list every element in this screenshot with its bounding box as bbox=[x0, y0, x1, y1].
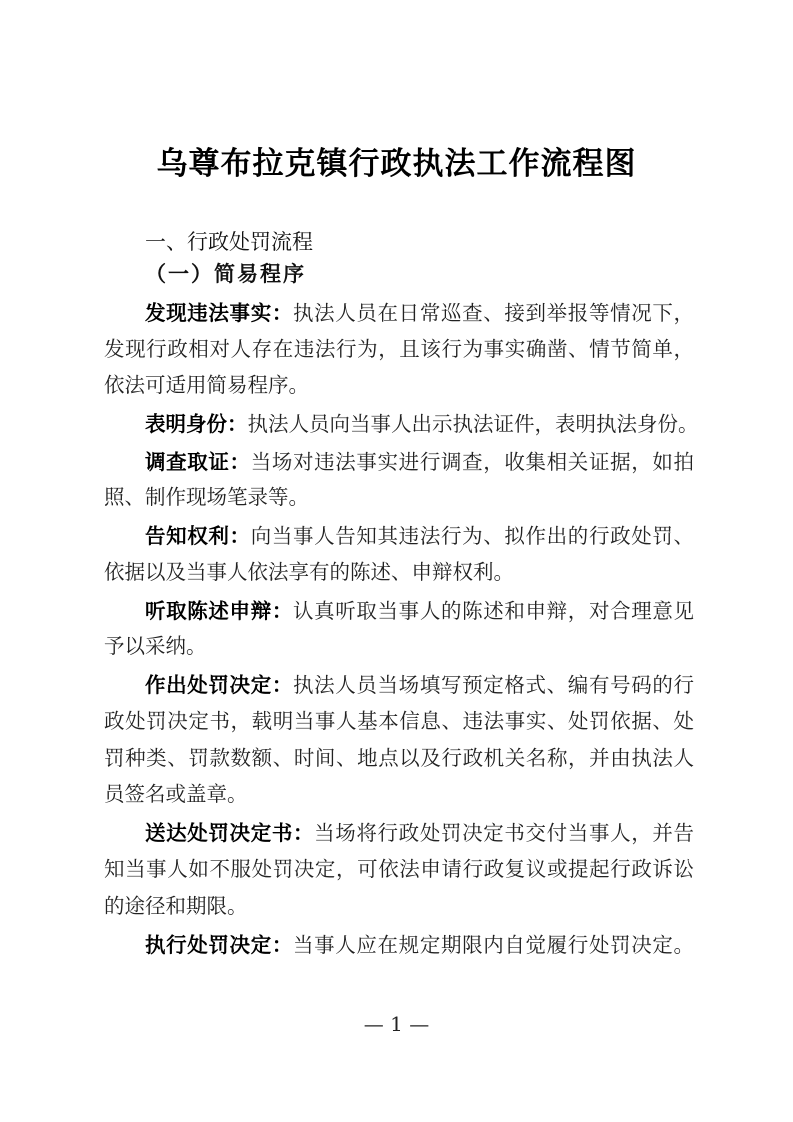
paragraph-line: 依据以及当事人依法享有的陈述、申辩权利。 bbox=[104, 557, 694, 587]
paragraph-label: 作出处罚决定： bbox=[145, 673, 293, 697]
paragraph-label: 听取陈述申辩： bbox=[145, 599, 293, 623]
paragraph-line: 执行处罚决定：当事人应在规定期限内自觉履行处罚决定。 bbox=[145, 930, 694, 960]
document-title: 乌尊布拉克镇行政执法工作流程图 bbox=[0, 138, 793, 183]
paragraph-line: 知当事人如不服处罚决定，可依法申请行政复议或提起行政诉讼 bbox=[104, 854, 694, 884]
paragraph-line: 予以采纳。 bbox=[104, 631, 694, 661]
paragraph-label: 送达处罚决定书： bbox=[145, 821, 314, 845]
paragraph-label: 表明身份： bbox=[145, 412, 248, 436]
paragraph-label: 调查取证： bbox=[145, 450, 251, 474]
paragraph-label: 发现违法事实： bbox=[145, 301, 293, 325]
subsection-heading: （一）简易程序 bbox=[145, 258, 306, 288]
paragraph-line: 照、制作现场笔录等。 bbox=[104, 482, 694, 512]
paragraph-line: 发现行政相对人存在违法行为，且该行为事实确凿、情节简单， bbox=[104, 334, 694, 364]
paragraph-line: 听取陈述申辩：认真听取当事人的陈述和申辩，对合理意见 bbox=[145, 596, 694, 626]
paragraph-line: 政处罚决定书，载明当事人基本信息、违法事实、处罚依据、处 bbox=[104, 706, 694, 736]
document-page: 乌尊布拉克镇行政执法工作流程图 一、行政处罚流程 （一）简易程序 发现违法事实：… bbox=[0, 0, 793, 1122]
paragraph-line: 送达处罚决定书：当场将行政处罚决定书交付当事人，并告 bbox=[145, 818, 694, 848]
paragraph-line: 罚种类、罚款数额、时间、地点以及行政机关名称，并由执法人 bbox=[104, 743, 694, 773]
paragraph-label: 告知权利： bbox=[145, 524, 251, 548]
paragraph-label: 执行处罚决定： bbox=[145, 933, 293, 957]
page-number: — 1 — bbox=[0, 1012, 793, 1036]
paragraph-line: 表明身份：执法人员向当事人出示执法证件，表明执法身份。 bbox=[145, 409, 694, 439]
section-heading: 一、行政处罚流程 bbox=[145, 226, 313, 256]
paragraph-line: 告知权利：向当事人告知其违法行为、拟作出的行政处罚、 bbox=[145, 521, 694, 551]
paragraph-line: 发现违法事实：执法人员在日常巡查、接到举报等情况下， bbox=[145, 298, 694, 328]
paragraph-line: 的途径和期限。 bbox=[104, 891, 694, 921]
paragraph-line: 依法可适用简易程序。 bbox=[104, 370, 694, 400]
paragraph-line: 作出处罚决定：执法人员当场填写预定格式、编有号码的行 bbox=[145, 670, 694, 700]
paragraph-line: 调查取证：当场对违法事实进行调查，收集相关证据，如拍 bbox=[145, 447, 694, 477]
paragraph-line: 员签名或盖章。 bbox=[104, 779, 694, 809]
